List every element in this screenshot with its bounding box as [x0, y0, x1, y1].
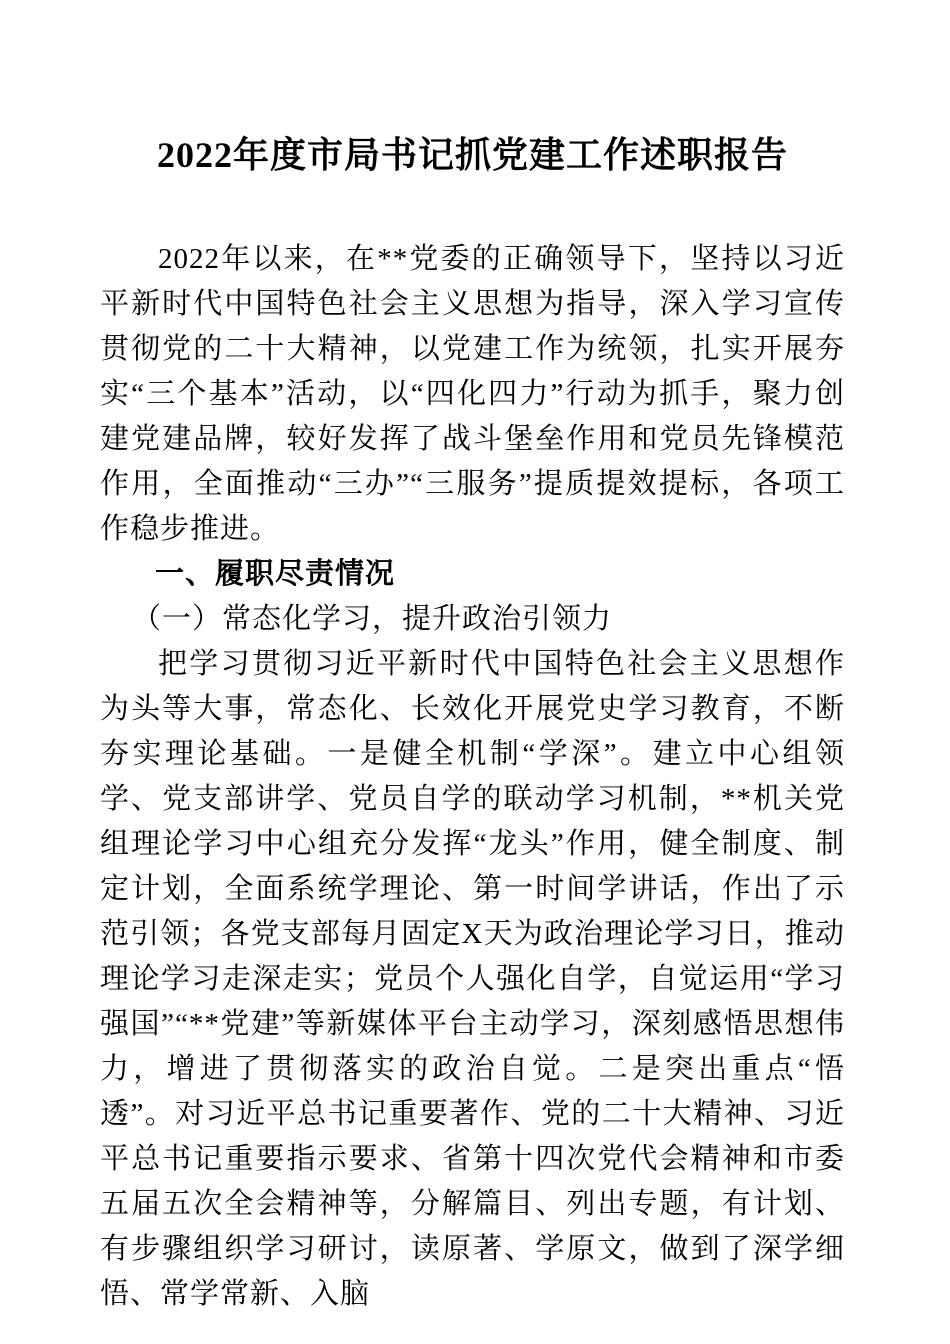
section-1-heading: 一、履职尽责情况 [100, 552, 845, 597]
section-1-sub-1-heading: （一）常态化学习，提升政治引领力 [100, 597, 845, 642]
document-title: 2022年度市局书记抓党建工作述职报告 [100, 128, 845, 182]
intro-paragraph: 2022年以来，在**党委的正确领导下，坚持以习近平新时代中国特色社会主义思想为… [100, 237, 845, 552]
section-1-sub-1-paragraph: 把学习贯彻习近平新时代中国特色社会主义思想作为头等大事，常态化、长效化开展党史学… [100, 642, 845, 1317]
document-page: 2022年度市局书记抓党建工作述职报告 2022年以来，在**党委的正确领导下，… [0, 0, 950, 1344]
